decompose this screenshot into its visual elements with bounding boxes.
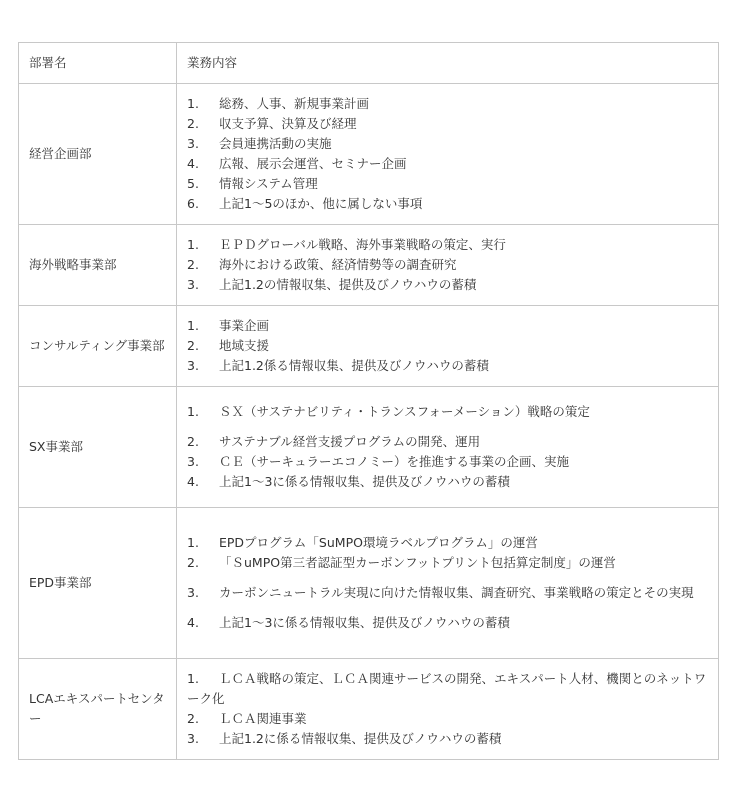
duty-item: 2.ＬＣＡ関連事業 [187, 709, 708, 729]
item-number: 3. [187, 134, 219, 154]
item-number: 2. [187, 255, 219, 275]
item-number: 2. [187, 432, 219, 452]
header-duties: 業務内容 [177, 43, 719, 84]
duty-item: 1.ＥＰＤグローバル戦略、海外事業戦略の策定、実行 [187, 235, 708, 255]
table-row: LCAエキスパートセンター 1.ＬＣＡ戦略の策定、ＬＣＡ関連サービスの開発、エキ… [19, 659, 719, 760]
duty-item: 1.EPDプログラム「SuMPO環境ラベルプログラム」の運営 [187, 533, 708, 553]
department-name: 海外戦略事業部 [19, 225, 177, 306]
item-text: 情報システム管理 [219, 176, 318, 191]
duty-item: 6.上記1～5のほか、他に属しない事項 [187, 194, 708, 214]
item-number: 1. [187, 235, 219, 255]
duty-item: 1.ＬＣＡ戦略の策定、ＬＣＡ関連サービスの開発、エキスパート人材、機関とのネット… [187, 669, 708, 709]
table-row: SX事業部 1.ＳＸ（サステナビリティ・トランスフォーメーション）戦略の策定 2… [19, 387, 719, 508]
item-text: サステナブル経営支援プログラムの開発、運用 [219, 434, 480, 449]
item-text: ＳＸ（サステナビリティ・トランスフォーメーション）戦略の策定 [219, 404, 590, 419]
item-text: ＬＣＡ戦略の策定、ＬＣＡ関連サービスの開発、エキスパート人材、機関とのネットワー… [187, 671, 706, 706]
item-number: 2. [187, 553, 219, 573]
duty-item: 2.海外における政策、経済情勢等の調査研究 [187, 255, 708, 275]
duty-item: 1.事業企画 [187, 316, 708, 336]
item-number: 6. [187, 194, 219, 214]
duties-cell: 1.EPDプログラム「SuMPO環境ラベルプログラム」の運営 2.「ＳuMPO第… [177, 508, 719, 659]
item-number: 3. [187, 583, 219, 603]
department-table: 部署名 業務内容 経営企画部 1.総務、人事、新規事業計画 2.収支予算、決算及… [18, 42, 719, 760]
duty-item: 2.サステナブル経営支援プログラムの開発、運用 [187, 432, 708, 452]
item-text: 上記1.2係る情報収集、提供及びノウハウの蓄積 [219, 358, 489, 373]
item-number: 1. [187, 402, 219, 422]
item-text: 総務、人事、新規事業計画 [219, 96, 369, 111]
item-number: 1. [187, 316, 219, 336]
duty-item: 2.地域支援 [187, 336, 708, 356]
item-text: 上記1～3に係る情報収集、提供及びノウハウの蓄積 [219, 474, 510, 489]
item-text: 上記1～5のほか、他に属しない事項 [219, 196, 422, 211]
duty-item: 3.上記1.2係る情報収集、提供及びノウハウの蓄積 [187, 356, 708, 376]
duties-cell: 1.ＥＰＤグローバル戦略、海外事業戦略の策定、実行 2.海外における政策、経済情… [177, 225, 719, 306]
item-text: 事業企画 [219, 318, 269, 333]
item-text: カーボンニュートラル実現に向けた情報収集、調査研究、事業戦略の策定とその実現 [219, 585, 694, 600]
duty-item: 3.会員連携活動の実施 [187, 134, 708, 154]
duty-item: 4.上記1～3に係る情報収集、提供及びノウハウの蓄積 [187, 472, 708, 492]
duty-item: 3.上記1.2に係る情報収集、提供及びノウハウの蓄積 [187, 729, 708, 749]
table-row: 経営企画部 1.総務、人事、新規事業計画 2.収支予算、決算及び経理 3.会員連… [19, 84, 719, 225]
item-text: 上記1～3に係る情報収集、提供及びノウハウの蓄積 [219, 615, 510, 630]
table-row: コンサルティング事業部 1.事業企画 2.地域支援 3.上記1.2係る情報収集、… [19, 306, 719, 387]
department-name: 経営企画部 [19, 84, 177, 225]
duty-item: 4.上記1～3に係る情報収集、提供及びノウハウの蓄積 [187, 613, 708, 633]
duty-item: 3.ＣＥ（サーキュラーエコノミー）を推進する事業の企画、実施 [187, 452, 708, 472]
item-number: 4. [187, 613, 219, 633]
item-number: 3. [187, 729, 219, 749]
item-number: 1. [187, 94, 219, 114]
item-text: 収支予算、決算及び経理 [219, 116, 357, 131]
item-number: 3. [187, 356, 219, 376]
item-text: 海外における政策、経済情勢等の調査研究 [219, 257, 457, 272]
item-number: 5. [187, 174, 219, 194]
item-number: 1. [187, 669, 219, 689]
duty-item: 3.上記1.2の情報収集、提供及びノウハウの蓄積 [187, 275, 708, 295]
item-text: 地域支援 [219, 338, 269, 353]
department-name: コンサルティング事業部 [19, 306, 177, 387]
department-name: EPD事業部 [19, 508, 177, 659]
item-text: ＣＥ（サーキュラーエコノミー）を推進する事業の企画、実施 [219, 454, 569, 469]
item-number: 2. [187, 709, 219, 729]
duty-item: 4.広報、展示会運営、セミナー企画 [187, 154, 708, 174]
duty-item: 5.情報システム管理 [187, 174, 708, 194]
duty-item: 1.総務、人事、新規事業計画 [187, 94, 708, 114]
item-number: 4. [187, 472, 219, 492]
duty-item: 2.収支予算、決算及び経理 [187, 114, 708, 134]
item-text: 上記1.2に係る情報収集、提供及びノウハウの蓄積 [219, 731, 501, 746]
item-text: 会員連携活動の実施 [219, 136, 332, 151]
item-number: 2. [187, 336, 219, 356]
item-number: 1. [187, 533, 219, 553]
item-text: ＥＰＤグローバル戦略、海外事業戦略の策定、実行 [219, 237, 506, 252]
header-department: 部署名 [19, 43, 177, 84]
item-number: 4. [187, 154, 219, 174]
item-text: 広報、展示会運営、セミナー企画 [219, 156, 407, 171]
item-text: ＬＣＡ関連事業 [219, 711, 307, 726]
duties-cell: 1.ＳＸ（サステナビリティ・トランスフォーメーション）戦略の策定 2.サステナブ… [177, 387, 719, 508]
table-header-row: 部署名 業務内容 [19, 43, 719, 84]
duty-item: 2.「ＳuMPO第三者認証型カーボンフットプリント包括算定制度」の運営 [187, 553, 708, 573]
item-number: 3. [187, 275, 219, 295]
duty-item: 3.カーボンニュートラル実現に向けた情報収集、調査研究、事業戦略の策定とその実現 [187, 583, 708, 603]
duties-cell: 1.ＬＣＡ戦略の策定、ＬＣＡ関連サービスの開発、エキスパート人材、機関とのネット… [177, 659, 719, 760]
duty-item: 1.ＳＸ（サステナビリティ・トランスフォーメーション）戦略の策定 [187, 402, 708, 422]
department-name: LCAエキスパートセンター [19, 659, 177, 760]
table-row: EPD事業部 1.EPDプログラム「SuMPO環境ラベルプログラム」の運営 2.… [19, 508, 719, 659]
table-row: 海外戦略事業部 1.ＥＰＤグローバル戦略、海外事業戦略の策定、実行 2.海外にお… [19, 225, 719, 306]
item-text: 「ＳuMPO第三者認証型カーボンフットプリント包括算定制度」の運営 [219, 555, 616, 570]
duties-cell: 1.総務、人事、新規事業計画 2.収支予算、決算及び経理 3.会員連携活動の実施… [177, 84, 719, 225]
item-text: 上記1.2の情報収集、提供及びノウハウの蓄積 [219, 277, 476, 292]
item-number: 2. [187, 114, 219, 134]
item-number: 3. [187, 452, 219, 472]
department-name: SX事業部 [19, 387, 177, 508]
item-text: EPDプログラム「SuMPO環境ラベルプログラム」の運営 [219, 535, 538, 550]
duties-cell: 1.事業企画 2.地域支援 3.上記1.2係る情報収集、提供及びノウハウの蓄積 [177, 306, 719, 387]
